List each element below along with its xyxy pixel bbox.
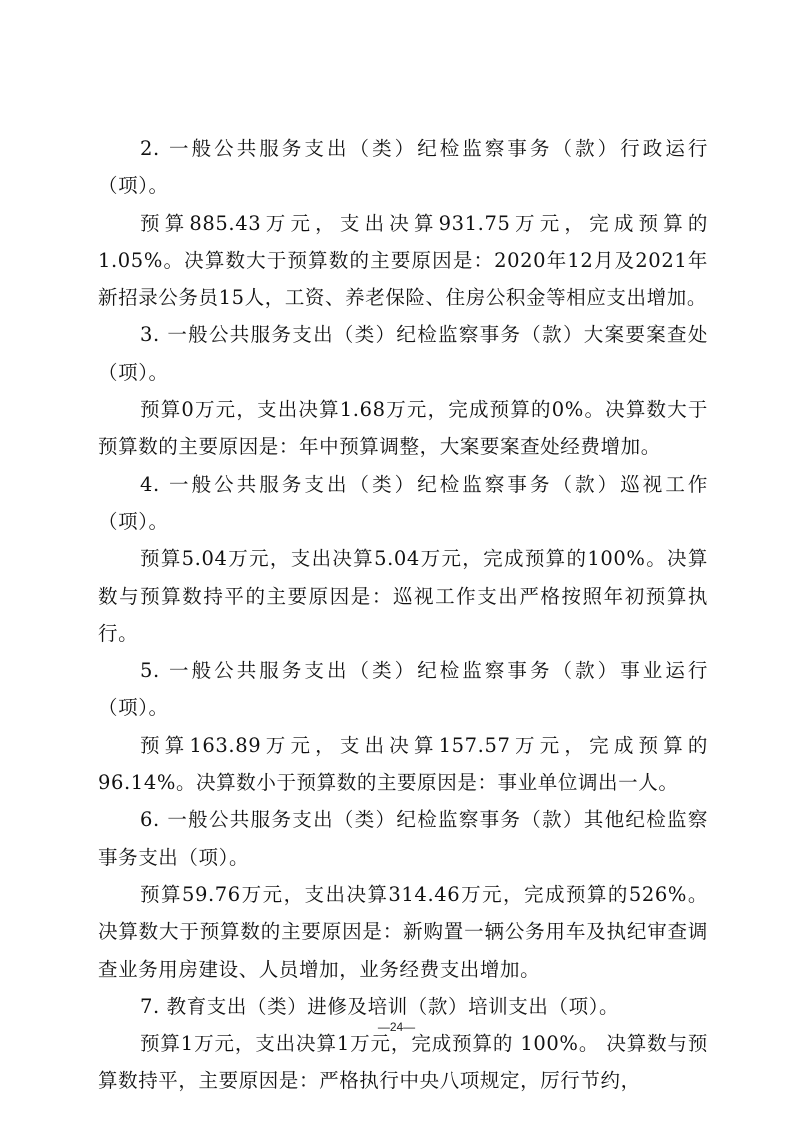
section-body-2: 预算885.43万元，支出决算931.75万元，完成预算的1.05%。决算数大于…	[98, 205, 708, 317]
document-page: 2. 一般公共服务支出（类）纪检监察事务（款）行政运行（项）。 预算885.43…	[98, 130, 708, 1100]
section-heading-4: 4. 一般公共服务支出（类）纪检监察事务（款）巡视工作（项）。	[98, 466, 708, 541]
section-body-5: 预算163.89万元，支出决算157.57万元，完成预算的96.14%。决算数小…	[98, 727, 708, 802]
section-heading-2: 2. 一般公共服务支出（类）纪检监察事务（款）行政运行（项）。	[98, 130, 708, 205]
section-heading-6: 6. 一般公共服务支出（类）纪检监察事务（款）其他纪检监察事务支出（项）。	[98, 801, 708, 876]
section-body-7: 预算1万元，支出决算1万元，完成预算的 100%。 决算数与预算数持平，主要原因…	[98, 1025, 708, 1100]
section-body-3: 预算0万元，支出决算1.68万元，完成预算的0%。决算数大于预算数的主要原因是：…	[98, 391, 708, 466]
section-heading-5: 5. 一般公共服务支出（类）纪检监察事务（款）事业运行（项）。	[98, 652, 708, 727]
section-body-4: 预算5.04万元，支出决算5.04万元，完成预算的100%。决算数与预算数持平的…	[98, 540, 708, 652]
section-heading-3: 3. 一般公共服务支出（类）纪检监察事务（款）大案要案查处（项）。	[98, 316, 708, 391]
page-number: —24—	[0, 1020, 793, 1034]
section-body-6: 预算59.76万元，支出决算314.46万元，完成预算的526%。决算数大于预算…	[98, 876, 708, 988]
